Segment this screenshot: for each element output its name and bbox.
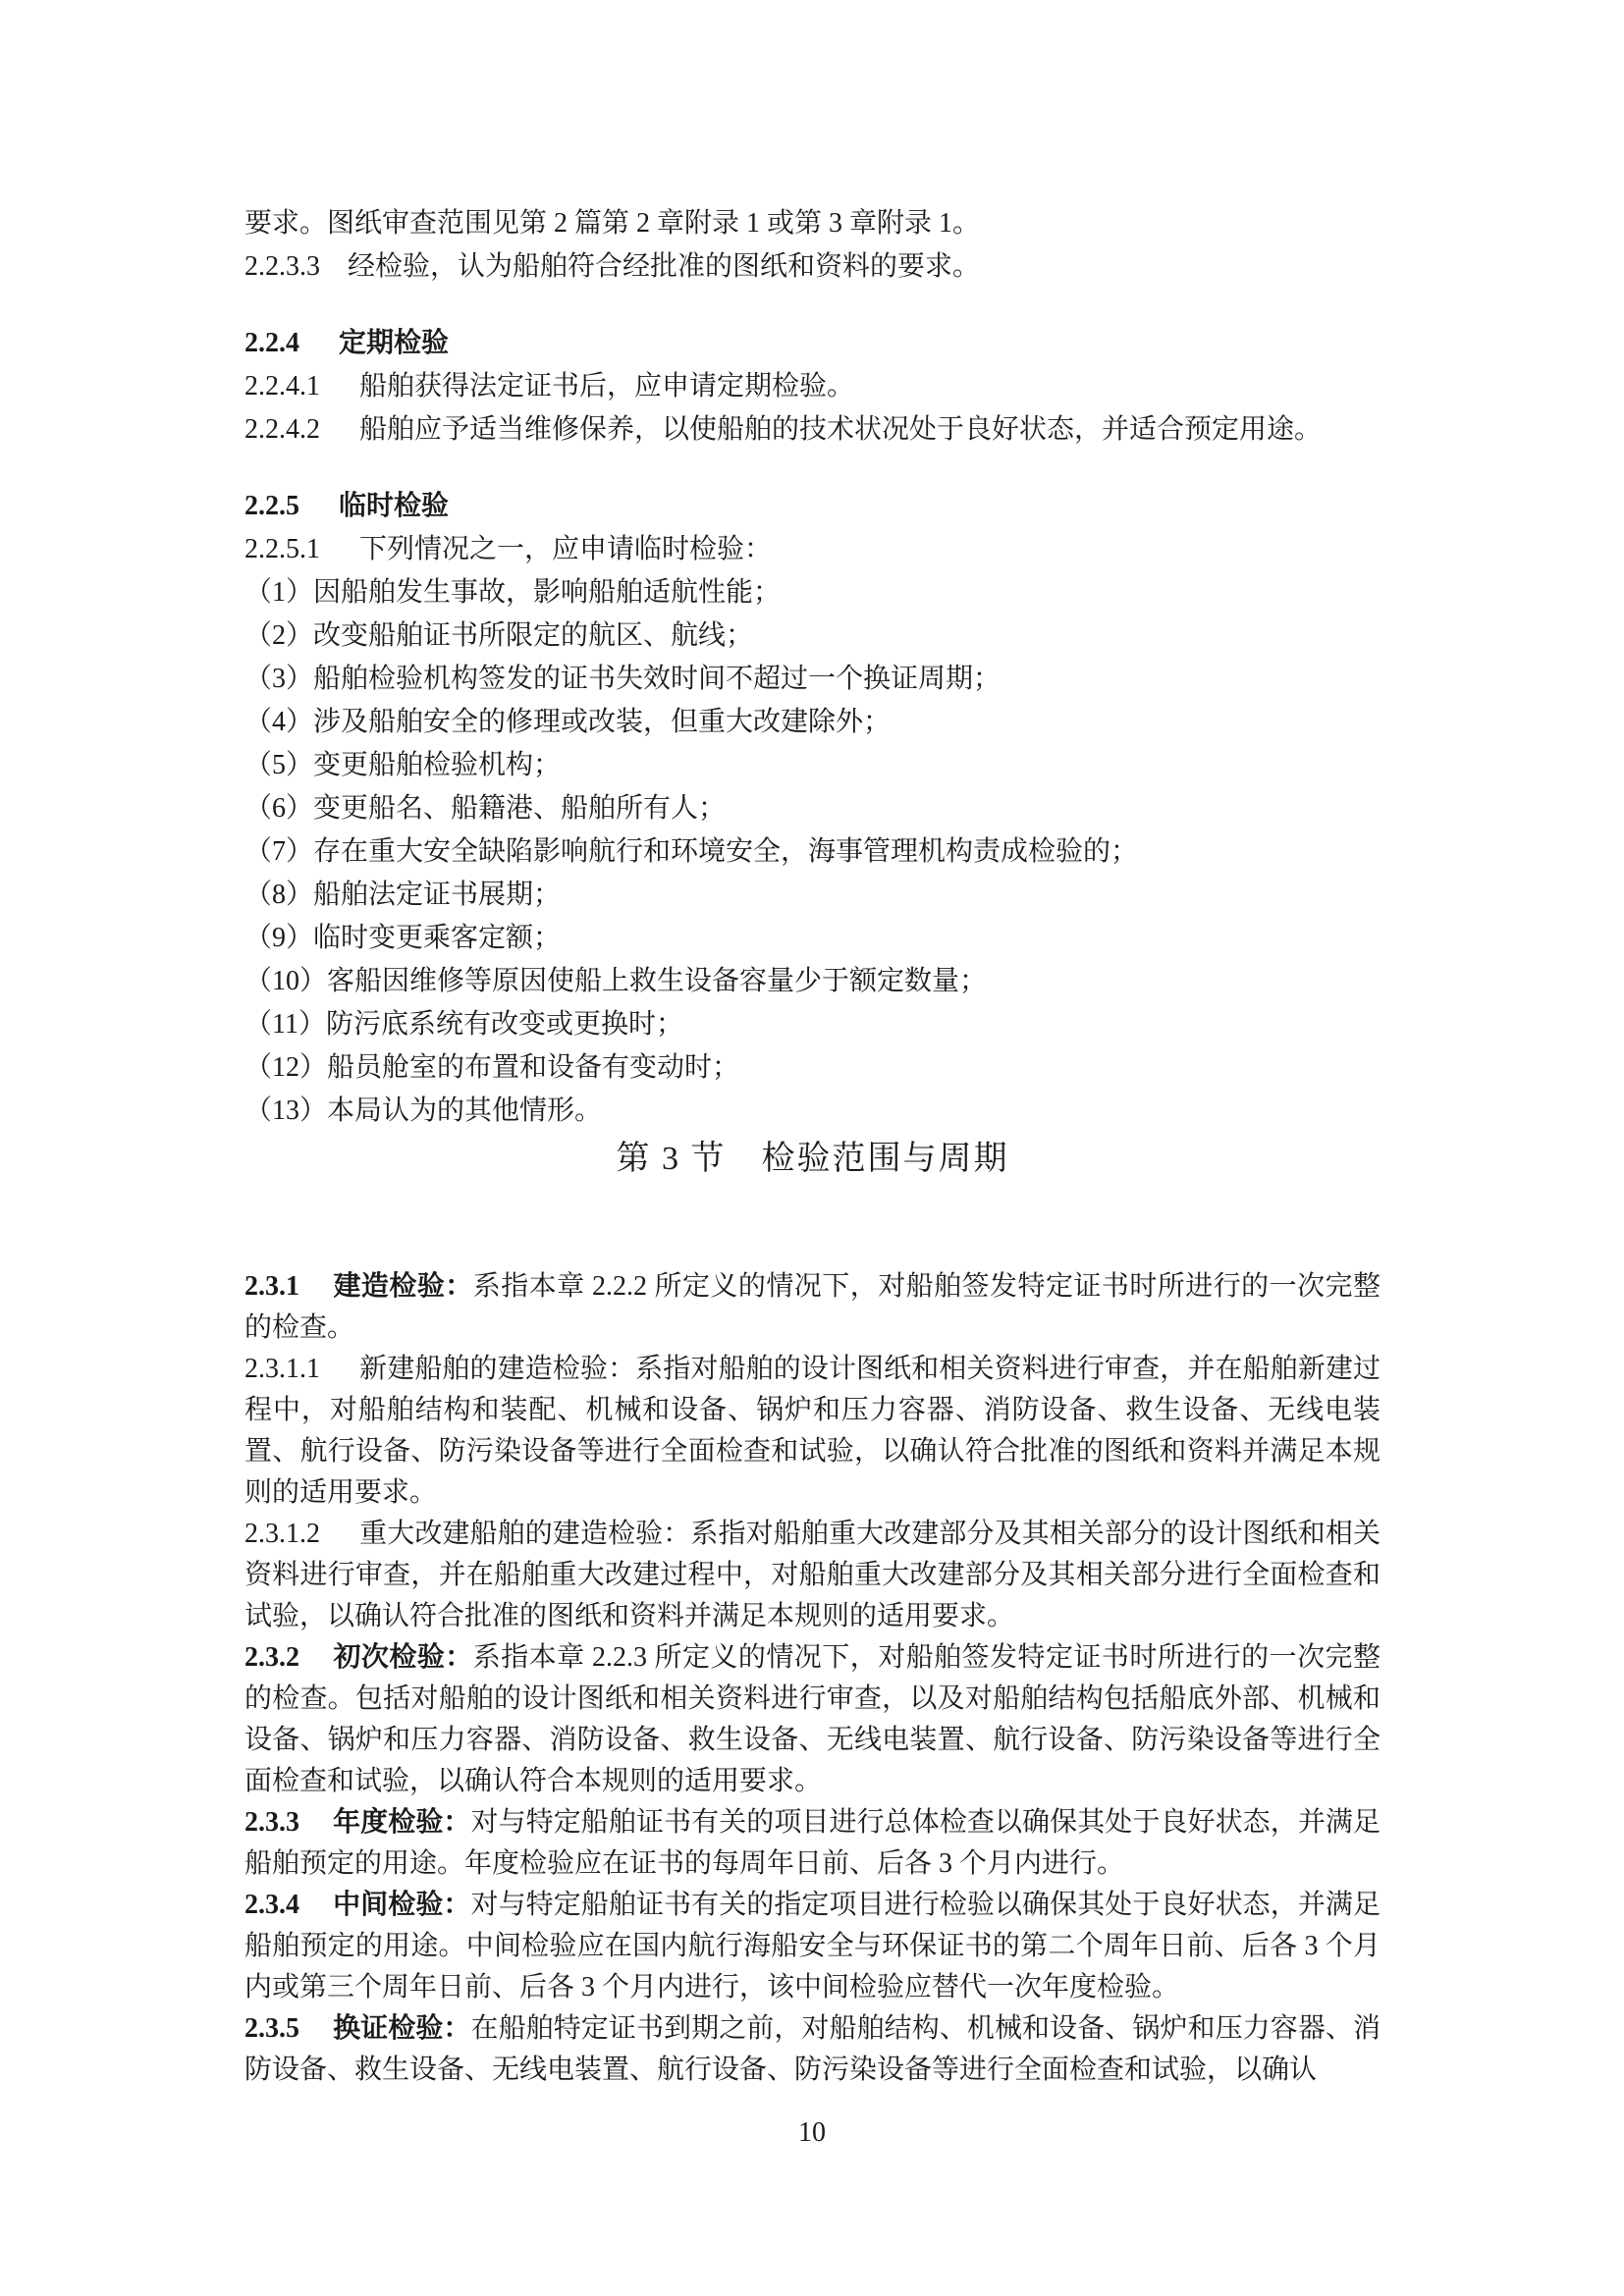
continuation-paragraph: 要求。图纸审查范围见第 2 篇第 2 章附录 1 或第 3 章附录 1。 xyxy=(244,202,1380,245)
definition-term: 初次检验： xyxy=(333,1642,473,1673)
def-2-3-5: 2.3.5换证检验：在船舶特定证书到期之前，对船舶结构、机械和设备、锅炉和压力容… xyxy=(244,2008,1380,2091)
condition-item: （4）涉及船舶安全的修理或改装，但重大改建除外； xyxy=(244,701,1380,744)
clause-text: 船舶应予适当维修保养，以使船舶的技术状况处于良好状态，并适合预定用途。 xyxy=(359,414,1322,445)
clause-number: 2.3.1.1 xyxy=(244,1354,320,1384)
condition-item: （11）防污底系统有改变或更换时； xyxy=(244,1003,1380,1046)
def-2-3-1-2: 2.3.1.2重大改建船舶的建造检验：系指对船舶重大改建部分及其相关部分的设计图… xyxy=(244,1514,1380,1637)
condition-item: （7）存在重大安全缺陷影响航行和环境安全，海事管理机构责成检验的； xyxy=(244,830,1380,874)
condition-item: （6）变更船名、船籍港、船舶所有人； xyxy=(244,787,1380,830)
definition-lead: 2.3.3年度检验： xyxy=(244,1807,470,1838)
definition-lead: 2.3.1建造检验： xyxy=(244,1271,473,1302)
heading-number: 2.2.5 xyxy=(244,491,299,521)
page-content: 要求。图纸审查范围见第 2 篇第 2 章附录 1 或第 3 章附录 1。 2.2… xyxy=(244,202,1380,2091)
definition-text: 新建船舶的建造检验：系指对船舶的设计图纸和相关资料进行审查，并在船舶新建过程中，… xyxy=(244,1354,1380,1508)
definition-lead: 2.3.4中间检验： xyxy=(244,1890,470,1920)
condition-item: （10）客船因维修等原因使船上救生设备容量少于额定数量； xyxy=(244,960,1380,1003)
clause-number: 2.2.4.2 xyxy=(244,414,320,445)
page-number: 10 xyxy=(0,2115,1624,2151)
definition-term: 年度检验： xyxy=(333,1807,470,1838)
heading-2-2-4: 2.2.4定期检验 xyxy=(244,322,1380,365)
def-2-3-4: 2.3.4中间检验：对与特定船舶证书有关的指定项目进行检验以确保其处于良好状态，… xyxy=(244,1885,1380,2008)
temporary-survey-condition-list: （1）因船舶发生事故，影响船舶适航性能； （2）改变船舶证书所限定的航区、航线；… xyxy=(244,571,1380,1133)
clause-number: 2.2.5.1 xyxy=(244,534,320,564)
clause-number: 2.3.5 xyxy=(244,2013,299,2044)
condition-item: （1）因船舶发生事故，影响船舶适航性能； xyxy=(244,571,1380,614)
definition-text: 重大改建船舶的建造检验：系指对船舶重大改建部分及其相关部分的设计图纸和相关资料进… xyxy=(244,1519,1380,1631)
heading-title: 定期检验 xyxy=(339,328,449,358)
def-2-3-2: 2.3.2初次检验：系指本章 2.2.3 所定义的情况下，对船舶签发特定证书时所… xyxy=(244,1637,1380,1802)
condition-item: （3）船舶检验机构签发的证书失效时间不超过一个换证周期； xyxy=(244,658,1380,701)
def-2-3-3: 2.3.3年度检验：对与特定船舶证书有关的项目进行总体检查以确保其处于良好状态，… xyxy=(244,1802,1380,1885)
clause-number: 2.3.2 xyxy=(244,1642,299,1673)
clause-number: 2.3.4 xyxy=(244,1890,299,1920)
clause-text: 经检验，认为船舶符合经批准的图纸和资料的要求。 xyxy=(348,251,980,282)
condition-item: （12）船员舱室的布置和设备有变动时； xyxy=(244,1046,1380,1090)
condition-item: （9）临时变更乘客定额； xyxy=(244,917,1380,960)
condition-item: （13）本局认为的其他情形。 xyxy=(244,1090,1380,1133)
section-3-title: 第 3 节 检验范围与周期 xyxy=(244,1137,1380,1182)
clause-number: 2.2.3.3 xyxy=(244,251,320,282)
clause-2-2-5-1: 2.2.5.1下列情况之一，应申请临时检验： xyxy=(244,528,1380,571)
clause-2-2-3-3: 2.2.3.3经检验，认为船舶符合经批准的图纸和资料的要求。 xyxy=(244,245,1380,289)
condition-item: （8）船舶法定证书展期； xyxy=(244,874,1380,917)
definition-term: 建造检验： xyxy=(333,1271,473,1302)
clause-number: 2.2.4.1 xyxy=(244,371,320,401)
def-2-3-1-1: 2.3.1.1新建船舶的建造检验：系指对船舶的设计图纸和相关资料进行审查，并在船… xyxy=(244,1349,1380,1514)
clause-2-2-4-1: 2.2.4.1船舶获得法定证书后，应申请定期检验。 xyxy=(244,365,1380,408)
definition-lead: 2.3.5换证检验： xyxy=(244,2013,470,2044)
definition-term: 换证检验： xyxy=(333,2013,470,2044)
clause-number: 2.3.1.2 xyxy=(244,1519,320,1549)
heading-number: 2.2.4 xyxy=(244,328,299,358)
clause-text: 船舶获得法定证书后，应申请定期检验。 xyxy=(359,371,854,401)
heading-2-2-5: 2.2.5临时检验 xyxy=(244,485,1380,528)
clause-number: 2.3.1 xyxy=(244,1271,299,1302)
clause-2-2-4-2: 2.2.4.2船舶应予适当维修保养，以使船舶的技术状况处于良好状态，并适合预定用… xyxy=(244,408,1380,452)
clause-text: 下列情况之一，应申请临时检验： xyxy=(359,534,772,564)
definition-term: 中间检验： xyxy=(333,1890,470,1920)
clause-number: 2.3.3 xyxy=(244,1807,299,1838)
def-2-3-1: 2.3.1建造检验：系指本章 2.2.2 所定义的情况下，对船舶签发特定证书时所… xyxy=(244,1266,1380,1349)
condition-item: （5）变更船舶检验机构； xyxy=(244,744,1380,787)
section-3-body: 2.3.1建造检验：系指本章 2.2.2 所定义的情况下，对船舶签发特定证书时所… xyxy=(244,1266,1380,2091)
document-page: 要求。图纸审查范围见第 2 篇第 2 章附录 1 或第 3 章附录 1。 2.2… xyxy=(0,0,1624,2296)
definition-lead: 2.3.2初次检验： xyxy=(244,1642,473,1673)
condition-item: （2）改变船舶证书所限定的航区、航线； xyxy=(244,614,1380,658)
heading-title: 临时检验 xyxy=(339,491,449,521)
